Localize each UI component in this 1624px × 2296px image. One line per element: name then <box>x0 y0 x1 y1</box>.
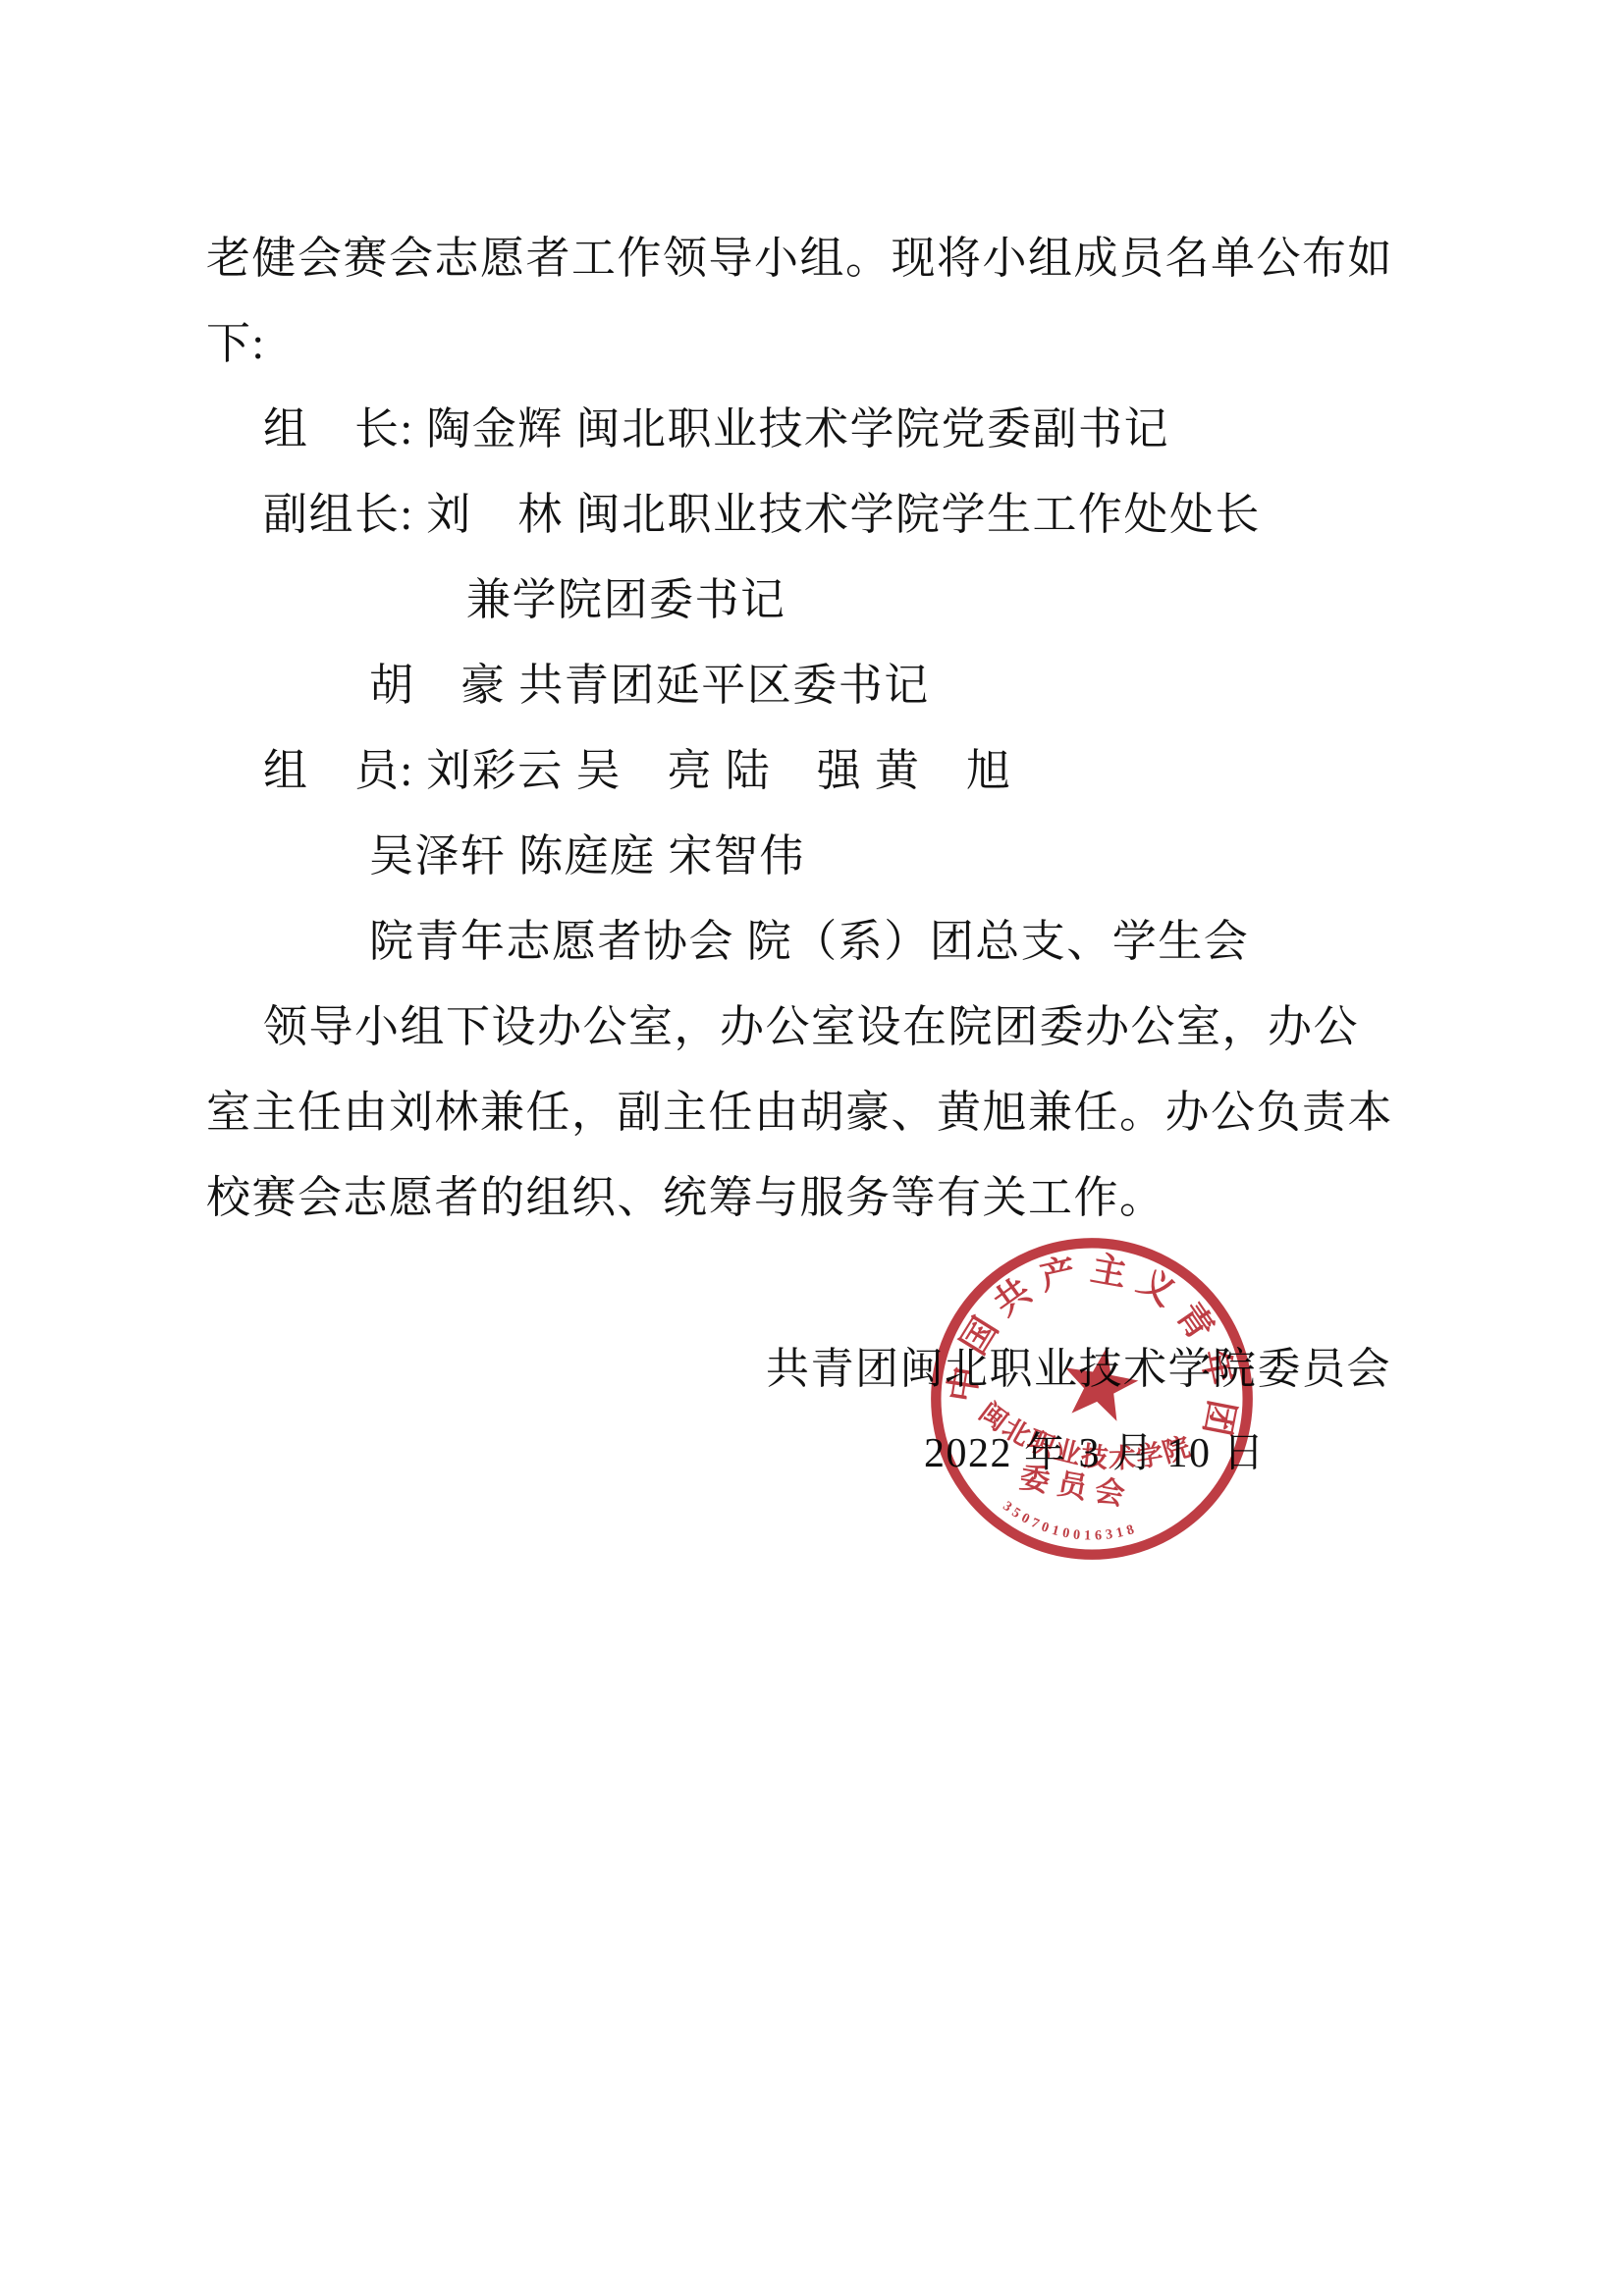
seal-serial-number: 3507010016318 <box>997 1497 1142 1554</box>
body-line: 室主任由刘林兼任，副主任由胡豪、黄旭兼任。办公负责本 <box>206 1070 1396 1155</box>
date-line: 2022 年 3 月 10 日 <box>206 1412 1396 1497</box>
body-line: 吴泽轩 陈庭庭 宋智伟 <box>206 814 1396 899</box>
body-line: 组 员: 刘彩云 吴 亮 陆 强 黄 旭 <box>206 728 1396 814</box>
svg-text:3507010016318: 3507010016318 <box>997 1497 1142 1554</box>
page: 老健会赛会志愿者工作领导小组。现将小组成员名单公布如 下: 组 长: 陶金辉 闽… <box>0 0 1624 2296</box>
body-line: 胡 豪 共青团延平区委书记 <box>206 643 1396 728</box>
body-line: 下: <box>206 301 1396 387</box>
body-line: 领导小组下设办公室，办公室设在院团委办公室，办公 <box>206 985 1396 1070</box>
body-line: 兼学院团委书记 <box>206 558 1396 643</box>
body-line: 院青年志愿者协会 院（系）团总支、学生会 <box>206 899 1396 985</box>
body-line: 组 长: 陶金辉 闽北职业技术学院党委副书记 <box>206 387 1396 472</box>
signature-line: 共青团闽北职业技术学院委员会 <box>206 1326 1396 1412</box>
body-line: 老健会赛会志愿者工作领导小组。现将小组成员名单公布如 <box>206 216 1396 301</box>
body-line: 校赛会志愿者的组织、统筹与服务等有关工作。 <box>206 1155 1396 1241</box>
document-body: 老健会赛会志愿者工作领导小组。现将小组成员名单公布如 下: 组 长: 陶金辉 闽… <box>206 216 1396 1497</box>
body-line: 副组长: 刘 林 闽北职业技术学院学生工作处处长 <box>206 472 1396 558</box>
